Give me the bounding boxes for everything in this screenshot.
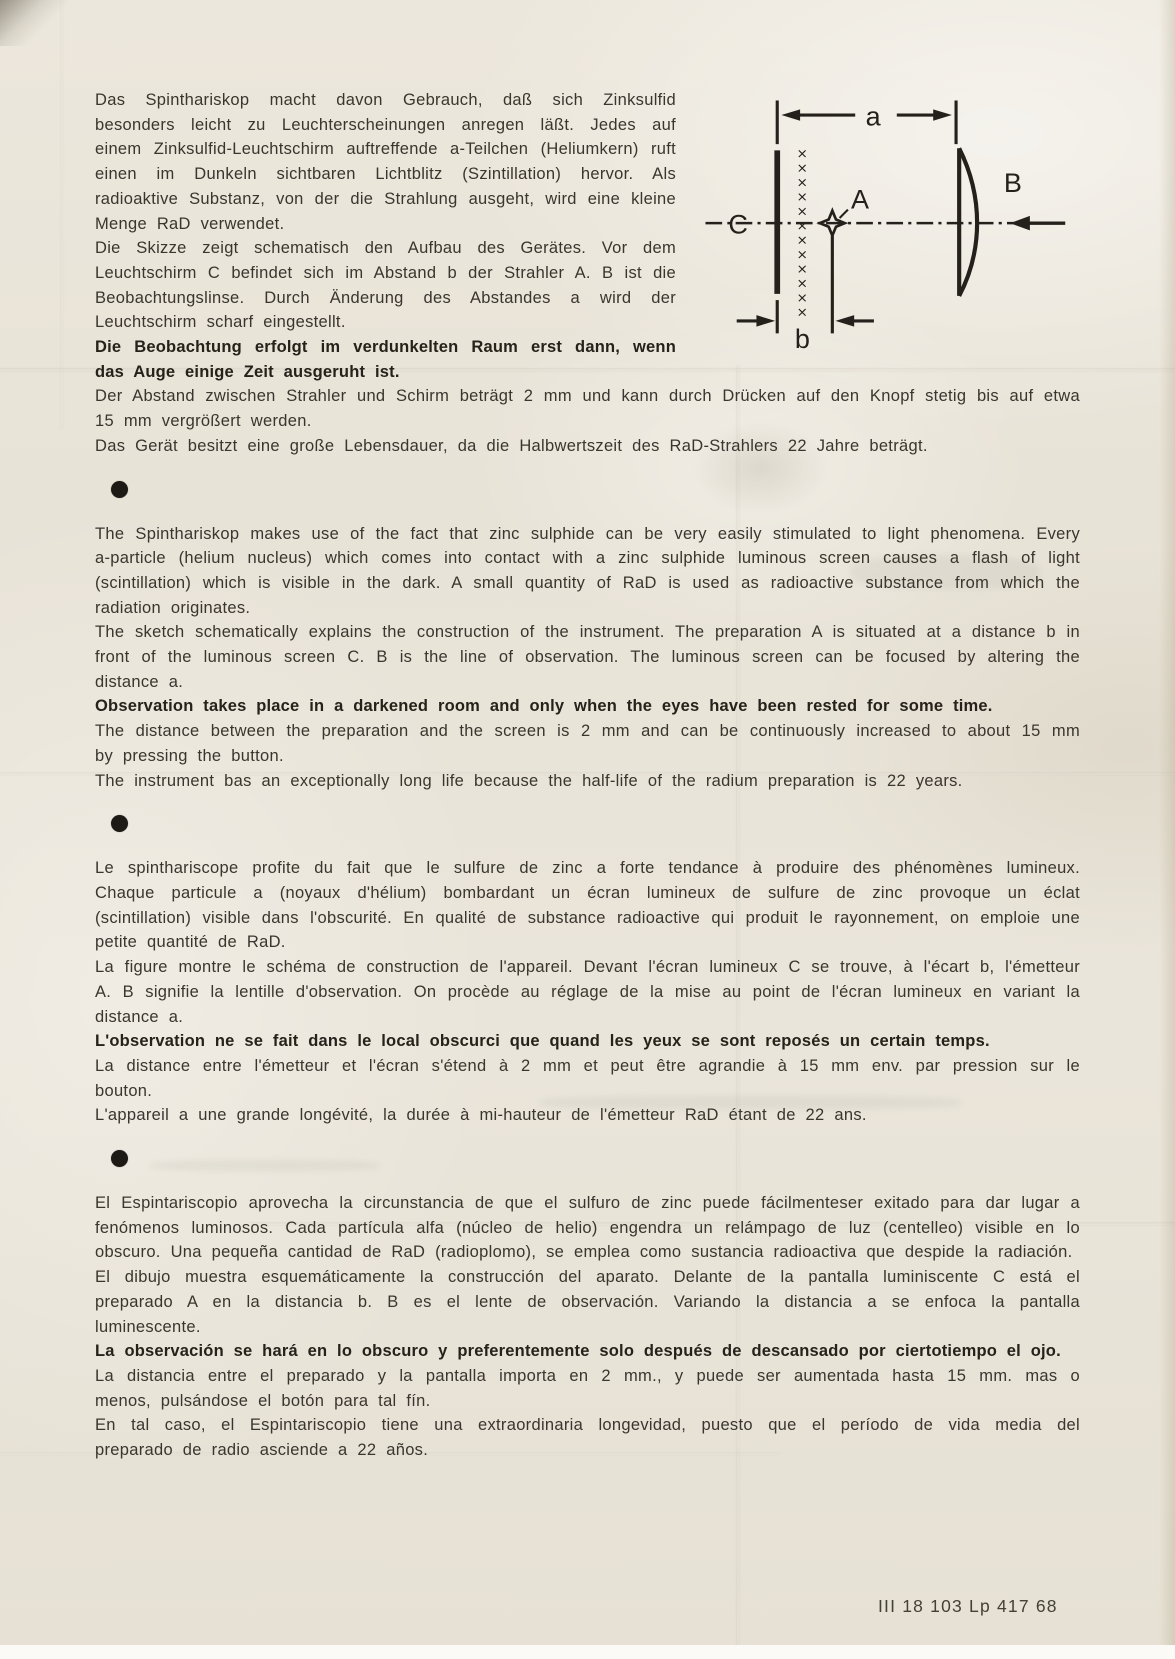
section-spanish: El Espintariscopio aprovecha la circunst… bbox=[95, 1191, 1080, 1463]
german-paragraph-3: Der Abstand zwischen Strahler und Schirm… bbox=[95, 384, 1080, 433]
english-paragraph-4: The instrument bas an exceptionally long… bbox=[95, 769, 1080, 794]
diagram-label-a: a bbox=[866, 101, 882, 131]
label-leader-line bbox=[840, 210, 848, 218]
spanish-paragraph-2: El dibujo muestra esquemáticamente la co… bbox=[95, 1265, 1080, 1339]
spanish-warning-bold: La observación se hará en lo obscuro y p… bbox=[95, 1339, 1076, 1364]
english-paragraph-3: The distance between the preparation and… bbox=[95, 719, 1080, 768]
section-divider-bullet bbox=[111, 481, 128, 498]
arrowhead-left bbox=[781, 109, 800, 120]
english-paragraph-1: The Spinthariskop makes use of the fact … bbox=[95, 522, 1080, 621]
scan-corner-shadow bbox=[0, 0, 70, 46]
section-english: The Spinthariskop makes use of the fact … bbox=[95, 522, 1080, 794]
arrowhead-right bbox=[756, 315, 775, 326]
french-warning-bold: L'observation ne se fait dans le local o… bbox=[95, 1029, 1080, 1054]
diagram-label-B: B bbox=[1004, 168, 1022, 198]
schematic-svg: a ×××××××××××× C A B bbox=[698, 88, 1080, 350]
leaflet-text-block: a ×××××××××××× C A B bbox=[95, 88, 1080, 1463]
german-paragraph-4: Das Gerät besitzt eine große Lebensdauer… bbox=[95, 434, 1080, 459]
english-paragraph-2: The sketch schematically explains the co… bbox=[95, 620, 1080, 694]
paper-crease-vertical-left bbox=[60, 0, 64, 430]
french-paragraph-4: L'appareil a une grande longévité, la du… bbox=[95, 1103, 1080, 1128]
diagram-label-A: A bbox=[851, 185, 869, 215]
french-paragraph-3: La distance entre l'émetteur et l'écran … bbox=[95, 1054, 1080, 1103]
english-warning-bold: Observation takes place in a darkened ro… bbox=[95, 694, 997, 719]
scan-edge-shadow bbox=[1159, 0, 1175, 1659]
spanish-paragraph-1: El Espintariscopio aprovecha la circunst… bbox=[95, 1191, 1080, 1265]
print-code: III 18 103 Lp 417 68 bbox=[878, 1596, 1058, 1617]
diagram-label-b: b bbox=[795, 324, 810, 350]
french-paragraph-1: Le spinthariscope profite du fait que le… bbox=[95, 856, 1080, 955]
arrowhead-left bbox=[835, 315, 854, 326]
diagram-label-C: C bbox=[728, 210, 748, 240]
device-schematic-diagram: a ×××××××××××× C A B bbox=[698, 88, 1080, 350]
scanned-instruction-leaflet: a ×××××××××××× C A B bbox=[0, 0, 1175, 1659]
spanish-paragraph-3: La distancia entre el preparado y la pan… bbox=[95, 1364, 1080, 1413]
arrowhead-right bbox=[933, 109, 952, 120]
french-paragraph-2: La figure montre le schéma de constructi… bbox=[95, 955, 1080, 1029]
section-divider-bullet bbox=[111, 1150, 128, 1167]
section-german: a ×××××××××××× C A B bbox=[95, 88, 1080, 459]
observation-arrowhead bbox=[1010, 216, 1030, 231]
section-french: Le spinthariscope profite du fait que le… bbox=[95, 856, 1080, 1128]
screen-hatch-marks: ×××××××××××× bbox=[794, 148, 809, 321]
section-divider-bullet bbox=[111, 815, 128, 832]
spanish-paragraph-4: En tal caso, el Espintariscopio tiene un… bbox=[95, 1413, 1080, 1462]
scanner-edge bbox=[0, 1645, 1175, 1659]
